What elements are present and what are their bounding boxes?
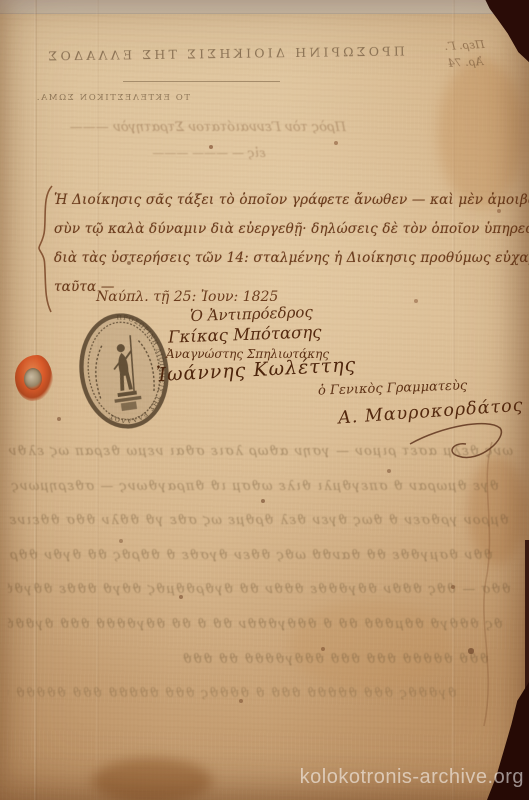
- reference-numbers-mirrored: Περ. Γ. Ἀρ. 74: [427, 35, 503, 73]
- document-page: ΠΡΟΣΩΡΙΝΗ ΔΙΟΙΚΗΣΙΣ ΤΗΣ ΕΛΛΑΔΟΣ ΤΟ ΕΚΤΕΛ…: [0, 0, 529, 800]
- note-line: διὰ τὰς ὑστερήσεις τῶν 14: σταλμένης ἡ Δ…: [54, 244, 524, 273]
- bleedthrough-block: ωνς ϑελμ ασετ ριμον — γσην αϑωρ λσιε σϑα…: [8, 444, 513, 721]
- curly-brace-stroke: [36, 184, 56, 314]
- address-bleedthrough-line: Πρὸς τὸν Γενναιότατον Στρατηγὸν ———: [78, 120, 346, 135]
- signature-title-right: ὁ Γενικὸς Γραμματεὺς: [318, 378, 468, 398]
- bleedthrough-line: ϑϑϑ ϑϑϑϑϑ ϑϑϑ ϑϑϑ ϑϑϑγϑϑϑϑ ϑϑ ϑϑϑ: [8, 652, 513, 687]
- address-bleedthrough-line: εἰς — ——— ———: [100, 146, 318, 160]
- bleedthrough-line: ϑς ϑϑϑγϑ ϑϑμϑϑϑ ϑϑ ϑ ϑϑϑγϑϑϑν ϑϑ ϑ ϑϑ ϑϑ…: [8, 617, 513, 652]
- note-line: σὺν τῷ καλὰ δύναμιν διὰ εὐεργεθῇ· δηλώσε…: [54, 215, 524, 244]
- letterhead-subtitle-mirrored: ΤΟ ΕΚΤΕΛΕΣΤΙΚΟΝ ΣΩΜΑ.: [70, 93, 190, 103]
- bleedthrough-line: ωνς ϑελμ ασετ ριμον — γσην αϑωρ λσιε σϑα…: [8, 444, 513, 479]
- bleedthrough-line: ϑμρον γρϑσεν ϑ ϑως ϑγεν ϑελ ϑρϑμε ωϛ σϑε…: [8, 513, 513, 548]
- handwritten-note: Ἡ Διοίκησις σᾶς τάξει τὸ ὁποῖον γράφετε …: [54, 186, 524, 302]
- archive-watermark: kolokotronis-archive.org: [300, 766, 524, 789]
- ink-crease-stroke: [462, 440, 502, 730]
- bleedthrough-line: ϑγϑϑϑς ϑϑϑ ϑϑϑϑϑ ϑϑϑ ϑ ϑϑϑϑς ϑϑϑ ϑϑϑϑϑ ϑ…: [8, 686, 513, 721]
- paper-stain: [92, 758, 212, 800]
- bleedthrough-line: ϑϑν ϑσμγϑϑε ϑϑ ϑανϑϑ ωϑς ϑϑεν ϑγσϑε ϑ ϑϑ…: [8, 548, 513, 583]
- archive-photograph: ΠΡΟΣΩΡΙΝΗ ΔΙΟΙΚΗΣΙΣ ΤΗΣ ΕΛΛΑΔΟΣ ΤΟ ΕΚΤΕΛ…: [0, 0, 529, 800]
- ink-specks: [0, 0, 2, 2]
- dateline: Ναύπλ. τῇ 25: Ἰουν: 1825: [96, 289, 278, 305]
- letterhead-title-mirrored: ΠΡΟΣΩΡΙΝΗ ΔΙΟΙΚΗΣΙΣ ΤΗΣ ΕΛΛΑΔΟΣ: [30, 43, 420, 63]
- bleedthrough-line: ϑγε ϑμωραν ϑ σπεγϑμλι ϑιλε ωϑσμ ιϑ ϑπραγ…: [8, 479, 513, 514]
- signature-title-left: Ὁ Ἀντιπρόεδρος: [190, 303, 313, 325]
- letterhead-rule: [123, 81, 280, 82]
- paper-top-fold: [0, 0, 529, 14]
- note-line: Ἡ Διοίκησις σᾶς τάξει τὸ ὁποῖον γράφετε …: [54, 186, 524, 215]
- reference-number: Ἀρ. 74: [428, 52, 503, 73]
- signature-name: Γκίκας Μπότασης: [168, 322, 322, 346]
- bleedthrough-line: ϑϑσ — ϑϑς ϑϑϑν ϑϑγϑϑϑε ϑϑϑν ϑϑ ϑγϑρϑϑμϑϛ…: [8, 582, 513, 617]
- wax-seal-core: [24, 368, 42, 390]
